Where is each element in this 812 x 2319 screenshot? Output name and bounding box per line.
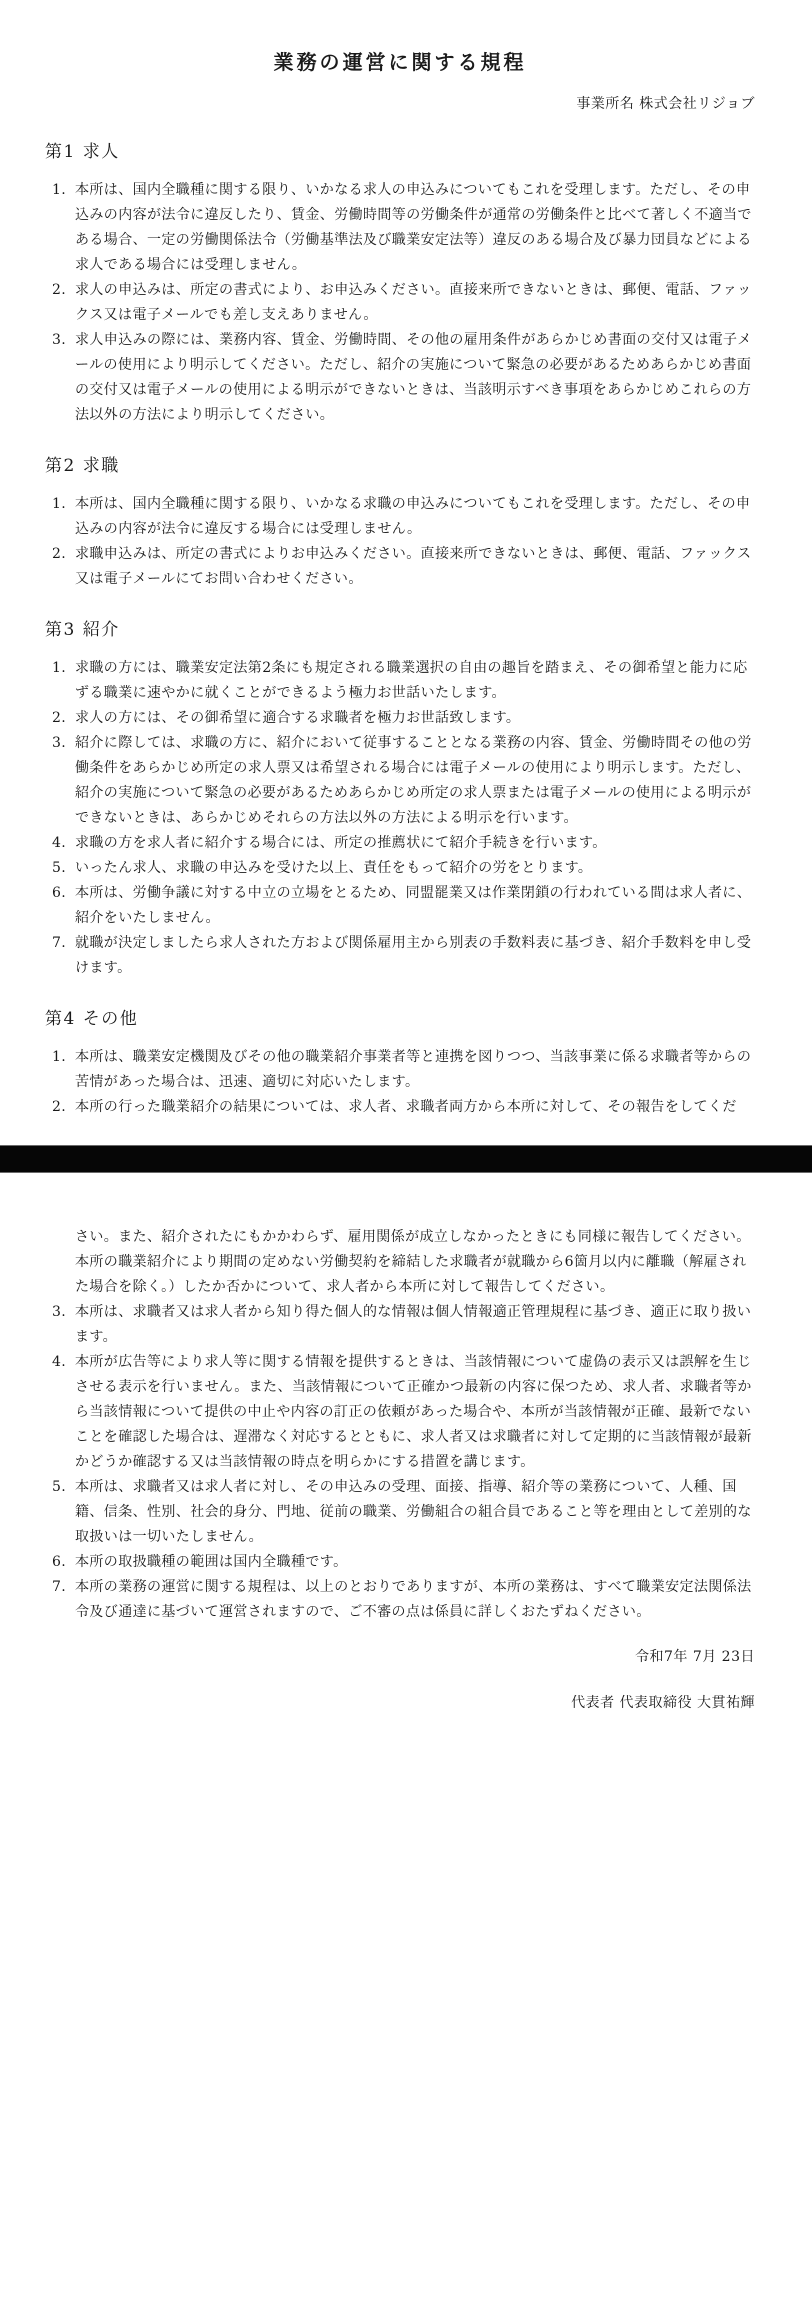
item-text: 本所の職業紹介により期間の定めない労働契約を締結した求職者が就職から6箇月以内に… [75, 1254, 747, 1295]
item-number: 1. [52, 492, 66, 517]
item-text: いったん求人、求職の申込みを受けた以上、責任をもって紹介の労をとります。 [75, 860, 592, 876]
item-text: 本所は、国内全職種に関する限り、いかなる求職の申込みについてもこれを受理します。… [75, 496, 750, 537]
page2-items: さい。また、紹介されたにもかかわらず、雇用関係が成立しなかったときにも同様に報告… [45, 1225, 755, 1625]
list-item: 1. 本所は、国内全職種に関する限り、いかなる求職の申込みについてもこれを受理し… [45, 492, 755, 542]
list-item: 5. 本所は、求職者又は求人者に対し、その申込みの受理、面接、指導、紹介等の業務… [45, 1475, 755, 1550]
item-text: 本所は、職業安定機関及びその他の職業紹介事業者等と連携を図りつつ、当該事業に係る… [75, 1049, 751, 1090]
section-heading: 第1 求人 [45, 140, 755, 164]
item-number: 4. [52, 831, 66, 856]
item-text: 紹介に際しては、求職の方に、紹介において従事することとなる業務の内容、賃金、労働… [75, 735, 752, 826]
item-number: 6. [52, 881, 66, 906]
document-title: 業務の運営に関する規程 [45, 48, 755, 76]
item-text: 本所は、労働争議に対する中立の立場をとるため、同盟罷業又は作業閉鎖の行われている… [75, 885, 751, 926]
list-item: 2. 本所の行った職業紹介の結果については、求人者、求職者両方から本所に対して、… [45, 1095, 755, 1120]
section-items: 1. 本所は、職業安定機関及びその他の職業紹介事業者等と連携を図りつつ、当該事業… [45, 1045, 755, 1120]
section-items: 1. 本所は、国内全職種に関する限り、いかなる求人の申込みについてもこれを受理し… [45, 178, 755, 428]
item-text: 本所の業務の運営に関する規程は、以上のとおりでありますが、本所の業務は、すべて職… [75, 1579, 752, 1620]
item-text: 求職の方には、職業安定法第2条にも規定される職業選択の自由の趣旨を踏まえ、その御… [75, 660, 748, 701]
item-text: 求職の方を求人者に紹介する場合には、所定の推薦状にて紹介手続きを行います。 [75, 835, 607, 851]
list-item: 本所の職業紹介により期間の定めない労働契約を締結した求職者が就職から6箇月以内に… [45, 1250, 755, 1300]
list-item: 5. いったん求人、求職の申込みを受けた以上、責任をもって紹介の労をとります。 [45, 856, 755, 881]
item-number: 2. [52, 706, 66, 731]
page-2: さい。また、紹介されたにもかかわらず、雇用関係が成立しなかったときにも同様に報告… [0, 1173, 812, 2319]
list-item: 7. 本所の業務の運営に関する規程は、以上のとおりでありますが、本所の業務は、す… [45, 1575, 755, 1625]
item-text: 求人申込みの際には、業務内容、賃金、労働時間、その他の雇用条件があらかじめ書面の… [75, 332, 752, 423]
section-heading: 第4 その他 [45, 1007, 755, 1031]
list-item: 1. 本所は、職業安定機関及びその他の職業紹介事業者等と連携を図りつつ、当該事業… [45, 1045, 755, 1095]
issue-date: 令和7年 7月 23日 [45, 1647, 755, 1667]
list-item: 2. 求人の方には、その御希望に適合する求職者を極力お世話致します。 [45, 706, 755, 731]
page-separator [0, 1145, 812, 1173]
regulation-section: 第2 求職 1. 本所は、国内全職種に関する限り、いかなる求職の申込みについても… [45, 454, 755, 592]
item-text: さい。また、紹介されたにもかかわらず、雇用関係が成立しなかったときにも同様に報告… [75, 1229, 751, 1245]
item-text: 就職が決定しましたら求人された方および関係雇用主から別表の手数料表に基づき、紹介… [75, 935, 751, 976]
item-number: 2. [52, 542, 66, 567]
item-text: 求人の方には、その御希望に適合する求職者を極力お世話致します。 [75, 710, 520, 726]
list-item: 4. 求職の方を求人者に紹介する場合には、所定の推薦状にて紹介手続きを行います。 [45, 831, 755, 856]
office-name: 事業所名 株式会社リジョブ [45, 94, 755, 114]
regulation-section: 第3 紹介 1. 求職の方には、職業安定法第2条にも規定される職業選択の自由の趣… [45, 618, 755, 981]
list-item: 2. 求人の申込みは、所定の書式により、お申込みください。直接来所できないときは… [45, 278, 755, 328]
item-number: 6. [52, 1550, 66, 1575]
section-heading: 第2 求職 [45, 454, 755, 478]
item-text: 求人の申込みは、所定の書式により、お申込みください。直接来所できないときは、郵便… [75, 282, 752, 323]
list-item: 1. 求職の方には、職業安定法第2条にも規定される職業選択の自由の趣旨を踏まえ、… [45, 656, 755, 706]
regulation-section: 第4 その他 1. 本所は、職業安定機関及びその他の職業紹介事業者等と連携を図り… [45, 1007, 755, 1120]
item-number: 1. [52, 656, 66, 681]
list-item: 6. 本所の取扱職種の範囲は国内全職種です。 [45, 1550, 755, 1575]
item-text: 本所の行った職業紹介の結果については、求人者、求職者両方から本所に対して、その報… [75, 1099, 737, 1115]
representative-name: 代表者 代表取締役 大貫祐輝 [45, 1693, 755, 1713]
list-item: 6. 本所は、労働争議に対する中立の立場をとるため、同盟罷業又は作業閉鎖の行われ… [45, 881, 755, 931]
section-items: 1. 本所は、国内全職種に関する限り、いかなる求職の申込みについてもこれを受理し… [45, 492, 755, 592]
list-item: 7. 就職が決定しましたら求人された方および関係雇用主から別表の手数料表に基づき… [45, 931, 755, 981]
regulation-section: 第1 求人 1. 本所は、国内全職種に関する限り、いかなる求人の申込みについても… [45, 140, 755, 428]
item-number: 3. [52, 328, 66, 353]
item-text: 本所は、国内全職種に関する限り、いかなる求人の申込みについてもこれを受理します。… [75, 182, 752, 273]
item-number: 4. [52, 1350, 66, 1375]
item-number: 2. [52, 278, 66, 303]
item-number: 5. [52, 856, 66, 881]
item-text: 求職申込みは、所定の書式によりお申込みください。直接来所できないときは、郵便、電… [75, 546, 751, 587]
item-number: 2. [52, 1095, 66, 1120]
document-canvas: 業務の運営に関する規程 事業所名 株式会社リジョブ 第1 求人 1. 本所は、国… [0, 0, 812, 2319]
page-1: 業務の運営に関する規程 事業所名 株式会社リジョブ 第1 求人 1. 本所は、国… [0, 0, 812, 1145]
item-number: 5. [52, 1475, 66, 1500]
list-item: 1. 本所は、国内全職種に関する限り、いかなる求人の申込みについてもこれを受理し… [45, 178, 755, 278]
list-item: 3. 本所は、求職者又は求人者から知り得た個人的な情報は個人情報適正管理規程に基… [45, 1300, 755, 1350]
list-item: 2. 求職申込みは、所定の書式によりお申込みください。直接来所できないときは、郵… [45, 542, 755, 592]
item-number: 3. [52, 731, 66, 756]
sections: 第1 求人 1. 本所は、国内全職種に関する限り、いかなる求人の申込みについても… [45, 140, 755, 1120]
list-item: 3. 紹介に際しては、求職の方に、紹介において従事することとなる業務の内容、賃金… [45, 731, 755, 831]
list-item: さい。また、紹介されたにもかかわらず、雇用関係が成立しなかったときにも同様に報告… [45, 1225, 755, 1250]
item-text: 本所は、求職者又は求人者に対し、その申込みの受理、面接、指導、紹介等の業務につい… [75, 1479, 752, 1545]
item-number: 1. [52, 178, 66, 203]
item-number: 1. [52, 1045, 66, 1070]
item-number: 7. [52, 1575, 66, 1600]
item-number: 3. [52, 1300, 66, 1325]
item-text: 本所の取扱職種の範囲は国内全職種です。 [75, 1554, 347, 1570]
item-text: 本所は、求職者又は求人者から知り得た個人的な情報は個人情報適正管理規程に基づき、… [75, 1304, 751, 1345]
section-items: 1. 求職の方には、職業安定法第2条にも規定される職業選択の自由の趣旨を踏まえ、… [45, 656, 755, 981]
list-item: 4. 本所が広告等により求人等に関する情報を提供するときは、当該情報について虚偽… [45, 1350, 755, 1475]
item-text: 本所が広告等により求人等に関する情報を提供するときは、当該情報について虚偽の表示… [75, 1354, 752, 1470]
item-number: 7. [52, 931, 66, 956]
section-heading: 第3 紹介 [45, 618, 755, 642]
list-item: 3. 求人申込みの際には、業務内容、賃金、労働時間、その他の雇用条件があらかじめ… [45, 328, 755, 428]
